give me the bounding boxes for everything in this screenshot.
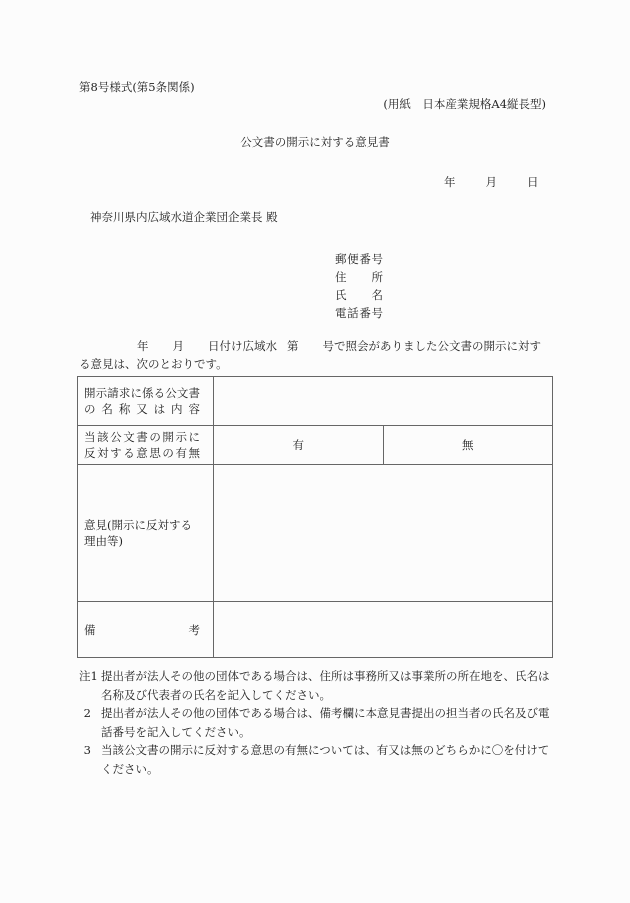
- label-opinion: 意見(開示に反対する 理由等): [78, 465, 214, 602]
- opinion-field[interactable]: [214, 465, 553, 602]
- label-remarks: 備考: [78, 602, 214, 658]
- table-row-objection: 当該公文書の開示に 反対する意思の有無 有 無: [78, 426, 553, 465]
- intro-number[interactable]: 第: [287, 339, 299, 353]
- remarks-field[interactable]: [214, 602, 553, 658]
- date-line: 年月日: [444, 177, 539, 189]
- intro-line-2: る意見は、次のとおりです。: [79, 359, 228, 371]
- date-day[interactable]: 日: [527, 177, 539, 189]
- table-row-remarks: 備考: [78, 602, 553, 658]
- applicant-fields: 郵便番号 住所 氏名 電話番号: [335, 250, 383, 322]
- name-label[interactable]: 氏名: [335, 286, 383, 304]
- option-yes[interactable]: 有: [214, 426, 384, 465]
- label-objection: 当該公文書の開示に 反対する意思の有無: [78, 426, 214, 465]
- note-1: 注1 提出者が法人その他の団体である場合は、住所は事務所又は事業所の所在地を、氏…: [79, 667, 559, 704]
- notes: 注1 提出者が法人その他の団体である場合は、住所は事務所又は事業所の所在地を、氏…: [79, 667, 559, 778]
- note-3: 3 当該公文書の開示に反対する意思の有無については、有又は無のどちらかに〇を付け…: [79, 741, 559, 778]
- label-document-name: 開示請求に係る公文書 の名称又は内容: [78, 377, 214, 426]
- note-2: 2 提出者が法人その他の団体である場合は、備考欄に本意見書提出の担当者の氏名及び…: [79, 704, 559, 741]
- paper-spec: (用紙 日本産業規格A4縦長型): [383, 99, 546, 111]
- intro-year[interactable]: 年: [137, 339, 149, 353]
- form-number: 第8号様式(第5条関係): [79, 82, 195, 94]
- date-month[interactable]: 月: [486, 177, 498, 189]
- postal-code-label[interactable]: 郵便番号: [335, 250, 383, 268]
- date-year[interactable]: 年: [444, 177, 456, 189]
- document-title: 公文書の開示に対する意見書: [0, 137, 630, 149]
- addressee: 神奈川県内広域水道企業団企業長 殿: [90, 212, 278, 224]
- intro-month[interactable]: 月: [173, 339, 185, 353]
- table-row-opinion: 意見(開示に反対する 理由等): [78, 465, 553, 602]
- document-name-field[interactable]: [214, 377, 553, 426]
- table-row-document-name: 開示請求に係る公文書 の名称又は内容: [78, 377, 553, 426]
- phone-label[interactable]: 電話番号: [335, 304, 383, 322]
- address-label[interactable]: 住所: [335, 268, 383, 286]
- option-no[interactable]: 無: [383, 426, 553, 465]
- intro-line-1: 年月日付け広域水第号で照会がありました公文書の開示に対す: [79, 341, 541, 353]
- opinion-form-table: 開示請求に係る公文書 の名称又は内容 当該公文書の開示に 反対する意思の有無 有…: [77, 376, 553, 658]
